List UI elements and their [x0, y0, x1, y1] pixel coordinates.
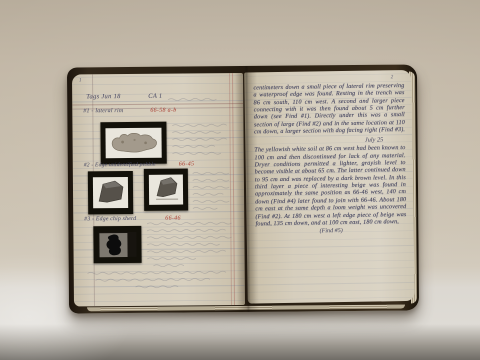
journal-paragraph: The yellowish white soil at 86 cm west h… — [254, 145, 406, 228]
find-entry-label: #2 - Edge unidentified pebble — [84, 162, 156, 169]
find-entry-label: #3 - Edge chip sherd — [84, 216, 136, 222]
specimen-photo-3 — [93, 226, 141, 263]
journal-entry-text: centimeters down a small piece of latera… — [253, 83, 406, 236]
entry-date-heading: Tags Jun 18 — [86, 93, 121, 100]
specimen-photo-2b — [144, 168, 188, 210]
catalog-number: 66-46 — [165, 216, 181, 222]
specimen-photo-2a — [88, 171, 133, 214]
catalog-number: 66-45 — [179, 161, 195, 167]
artifact-silhouette — [88, 171, 133, 214]
find-reference: (Find #5) — [256, 227, 407, 235]
specimen-photo-1 — [100, 122, 166, 165]
artifact-silhouette — [93, 226, 141, 263]
artifact-silhouette — [144, 168, 188, 210]
find-entry-label: #1 - lateral rim — [83, 108, 123, 114]
notebook-right-page: 2 centimeters down a small piece of late… — [244, 70, 415, 304]
artifact-silhouette — [100, 122, 166, 165]
right-page-number: 2 — [391, 75, 394, 80]
catalog-number: 66-58 a-b — [150, 108, 176, 114]
photo-backdrop: 1 Tags Jun 18 CA 1 #1 - lateral rim 66-5… — [0, 0, 480, 360]
site-code-heading: CA 1 — [148, 93, 162, 100]
left-page-number: 1 — [79, 78, 82, 83]
notebook-left-page: 1 Tags Jun 18 CA 1 #1 - lateral rim 66-5… — [72, 73, 245, 306]
journal-paragraph: centimeters down a small piece of latera… — [253, 83, 405, 137]
open-notebook: 1 Tags Jun 18 CA 1 #1 - lateral rim 66-5… — [67, 64, 419, 313]
